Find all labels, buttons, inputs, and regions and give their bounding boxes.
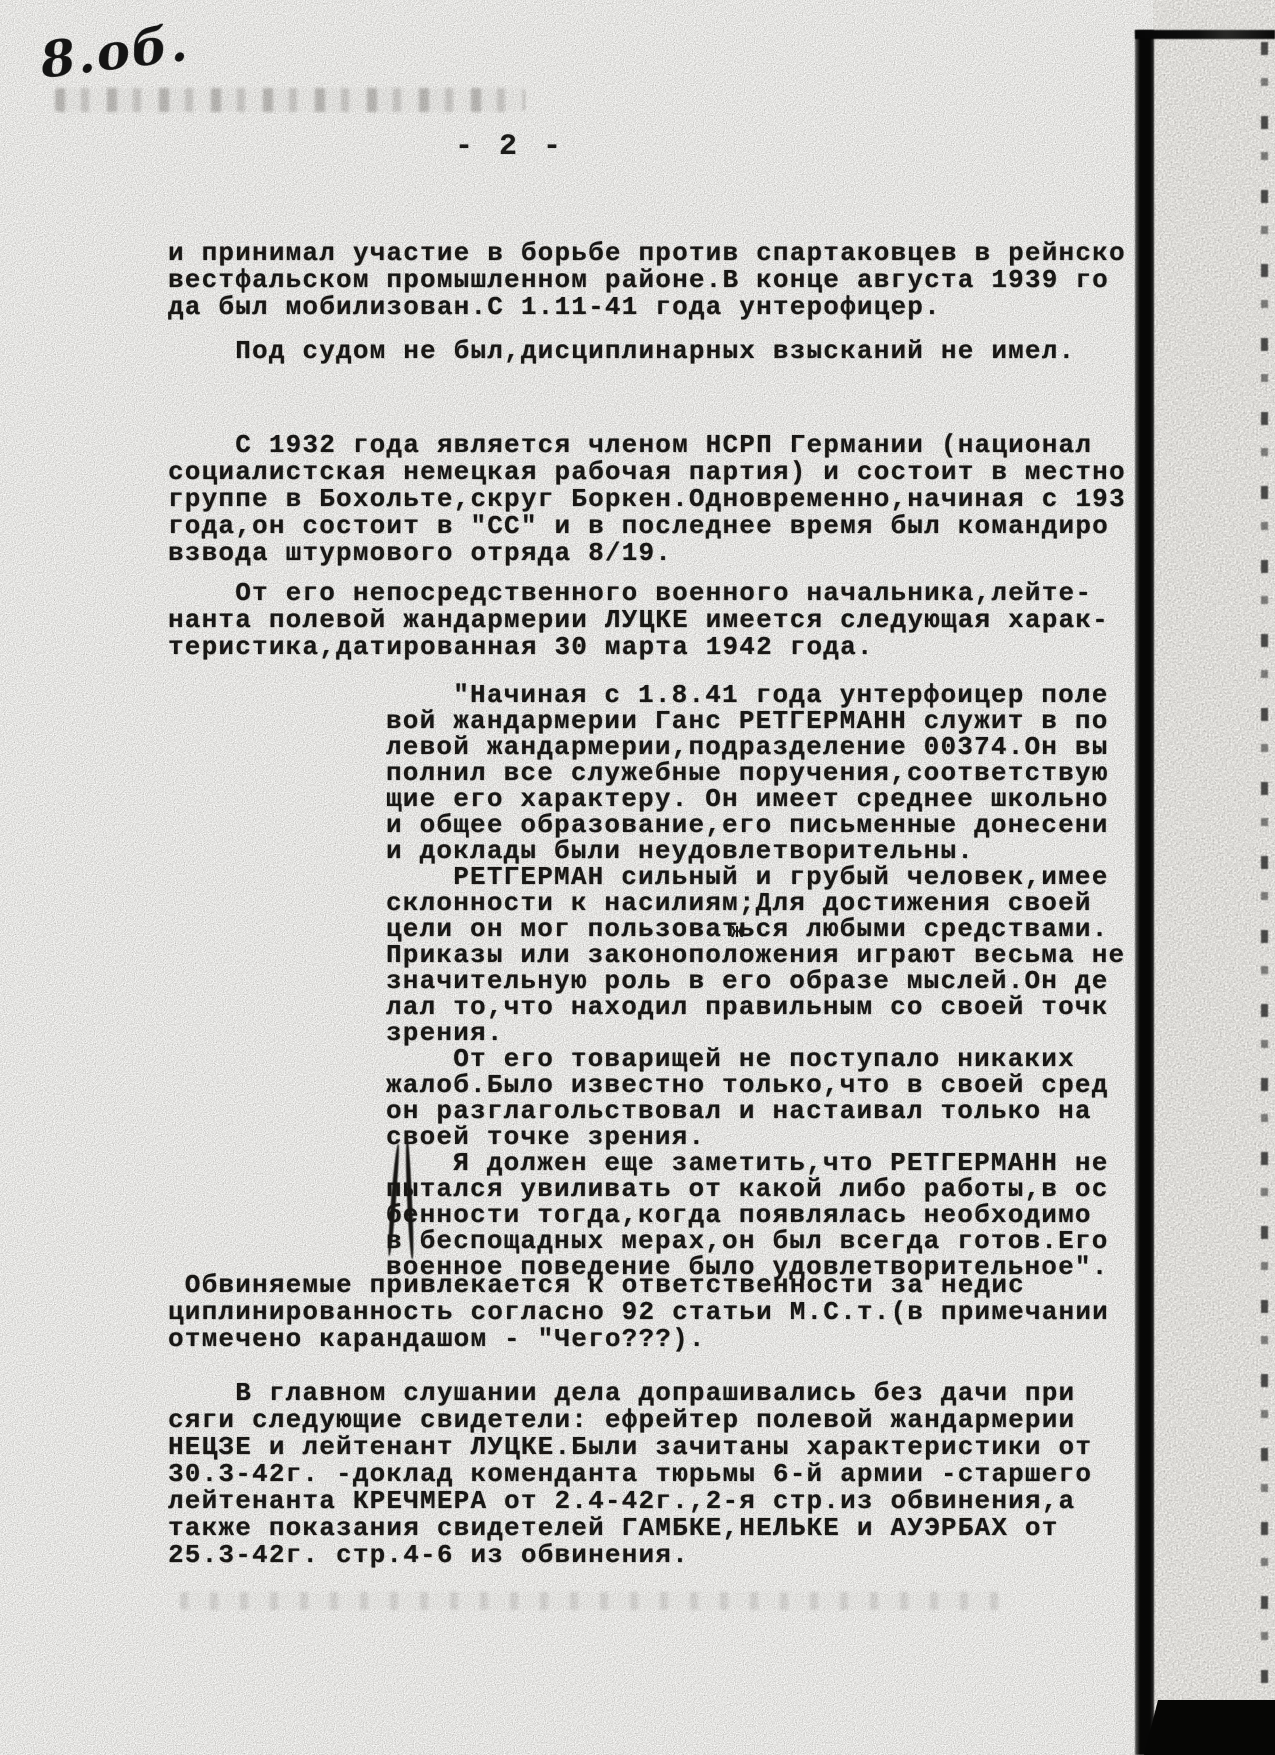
scan-right-margin	[1153, 0, 1275, 1755]
page-number: - 2 -	[430, 130, 590, 164]
text-line: В главном слушании дела допрашивались бе…	[168, 1380, 1140, 1407]
text-line: циплинированность согласно 92 статьи М.С…	[168, 1299, 1140, 1326]
text-line: щие его характеру. Он имеет среднее школ…	[386, 786, 1140, 812]
text-line: Приказы или законоположения играют весьм…	[386, 942, 1140, 968]
text-line: и общее образование,его письменные донес…	[386, 812, 1140, 838]
scan-fold-top-streak	[1135, 30, 1275, 39]
paragraph-no-convictions: Под судом не был,дисциплинарных взыскани…	[168, 338, 1140, 368]
text-line: также показания свидетелей ГАМБКЕ,НЕЛЬКЕ…	[168, 1515, 1140, 1542]
text-line: в беспощадных мерах,он был всегда готов.…	[386, 1228, 1140, 1254]
faded-text-smudge	[180, 1592, 1000, 1610]
text-line: склонности к насилиям;Для достижения сво…	[386, 890, 1140, 916]
text-line: 30.3-42г. -доклад коменданта тюрьмы 6-й …	[168, 1461, 1140, 1488]
text-line: года,он состоит в "СС" и в последнее вре…	[168, 513, 1140, 540]
text-line: и доклады были неудовлетворительны.	[386, 838, 1140, 864]
text-line: Под судом не был,дисциплинарных взыскани…	[168, 338, 1140, 365]
text-line: Я должен еще заметить,что РЕТГЕРМАНН не	[386, 1150, 1140, 1176]
scan-fold-bar	[1135, 30, 1154, 1755]
text-line: теристика,датированная 30 марта 1942 год…	[168, 634, 1140, 661]
text-line: С 1932 года является членом НСРП Германи…	[168, 432, 1140, 459]
text-line: Обвиняемые привлекается к ответственност…	[168, 1272, 1140, 1299]
text-line: вестфальском промышленном районе.В конце…	[168, 267, 1140, 294]
paragraph-continuation: и принимал участие в борьбе против спарт…	[168, 240, 1140, 325]
text-line: полнил все служебные поручения,соответст…	[386, 760, 1140, 786]
paragraph-party-membership: С 1932 года является членом НСРП Германи…	[168, 432, 1140, 570]
blockquote-commander-reference: "Начиная с 1.8.41 года унтерфоицер полев…	[386, 682, 1140, 1282]
handwritten-insert-mark: ж	[731, 921, 743, 944]
text-line: От его непосредственного военного началь…	[168, 580, 1140, 607]
text-line: пытался увиливать от какой либо работы,в…	[386, 1176, 1140, 1202]
text-line: "Начиная с 1.8.41 года унтерфоицер поле	[386, 682, 1140, 708]
text-line: отмечено карандашом - "Чего???).	[168, 1326, 1140, 1353]
text-line: сяги следующие свидетели: ефрейтер полев…	[168, 1407, 1140, 1434]
handwritten-page-note: 8.об.	[37, 13, 192, 90]
text-line: и принимал участие в борьбе против спарт…	[168, 240, 1140, 267]
faded-stamp-smudge	[55, 88, 525, 112]
text-line: взвода штурмового отряда 8/19.	[168, 540, 1140, 567]
text-line: социалистская немецкая рабочая партия) и…	[168, 459, 1140, 486]
paragraph-witnesses: В главном слушании дела допрашивались бе…	[168, 1380, 1140, 1578]
text-line: лейтенанта КРЕЧМЕРА от 2.4-42г.,2-я стр.…	[168, 1488, 1140, 1515]
text-line: НЕЦЗЕ и лейтенант ЛУЦКЕ.Были зачитаны ха…	[168, 1434, 1140, 1461]
text-line: жалоб.Было известно только,что в своей с…	[386, 1072, 1140, 1098]
text-line: лал то,что находил правильным со своей т…	[386, 994, 1140, 1020]
text-line: бенности тогда,когда появлялась необходи…	[386, 1202, 1140, 1228]
paragraph-reference-intro: От его непосредственного военного началь…	[168, 580, 1140, 664]
text-line: РЕТГЕРМАН сильный и грубый человек,имее	[386, 864, 1140, 890]
text-line: 25.3-42г. стр.4-6 из обвинения.	[168, 1542, 1140, 1569]
text-line: цели он мог пользоваться любыми средства…	[386, 916, 1140, 942]
text-line: нанта полевой жандармерии ЛУЦКЕ имеется …	[168, 607, 1140, 634]
page-edge-marks	[1261, 42, 1268, 1692]
text-line: От его товарищей не поступало никаких	[386, 1046, 1140, 1072]
text-line: да был мобилизован.С 1.11-41 года унтеро…	[168, 294, 1140, 321]
scan-corner-shadow	[1144, 1700, 1275, 1755]
text-line: левой жандармерии,подразделение 00374.Он…	[386, 734, 1140, 760]
text-line: он разглагольствовал и настаивал только …	[386, 1098, 1140, 1124]
scanned-document-page: 8.об. - 2 - и принимал участие в борьбе …	[0, 0, 1275, 1755]
text-line: группе в Бохольте,скруг Боркен.Одновреме…	[168, 486, 1140, 513]
text-line: своей точке зрения.	[386, 1124, 1140, 1150]
text-line: зрения.	[386, 1020, 1140, 1046]
text-line: значительную роль в его образе мыслей.Он…	[386, 968, 1140, 994]
text-line: вой жандармерии Ганс РЕТГЕРМАНН служит в…	[386, 708, 1140, 734]
paragraph-charges: Обвиняемые привлекается к ответственност…	[168, 1272, 1140, 1356]
